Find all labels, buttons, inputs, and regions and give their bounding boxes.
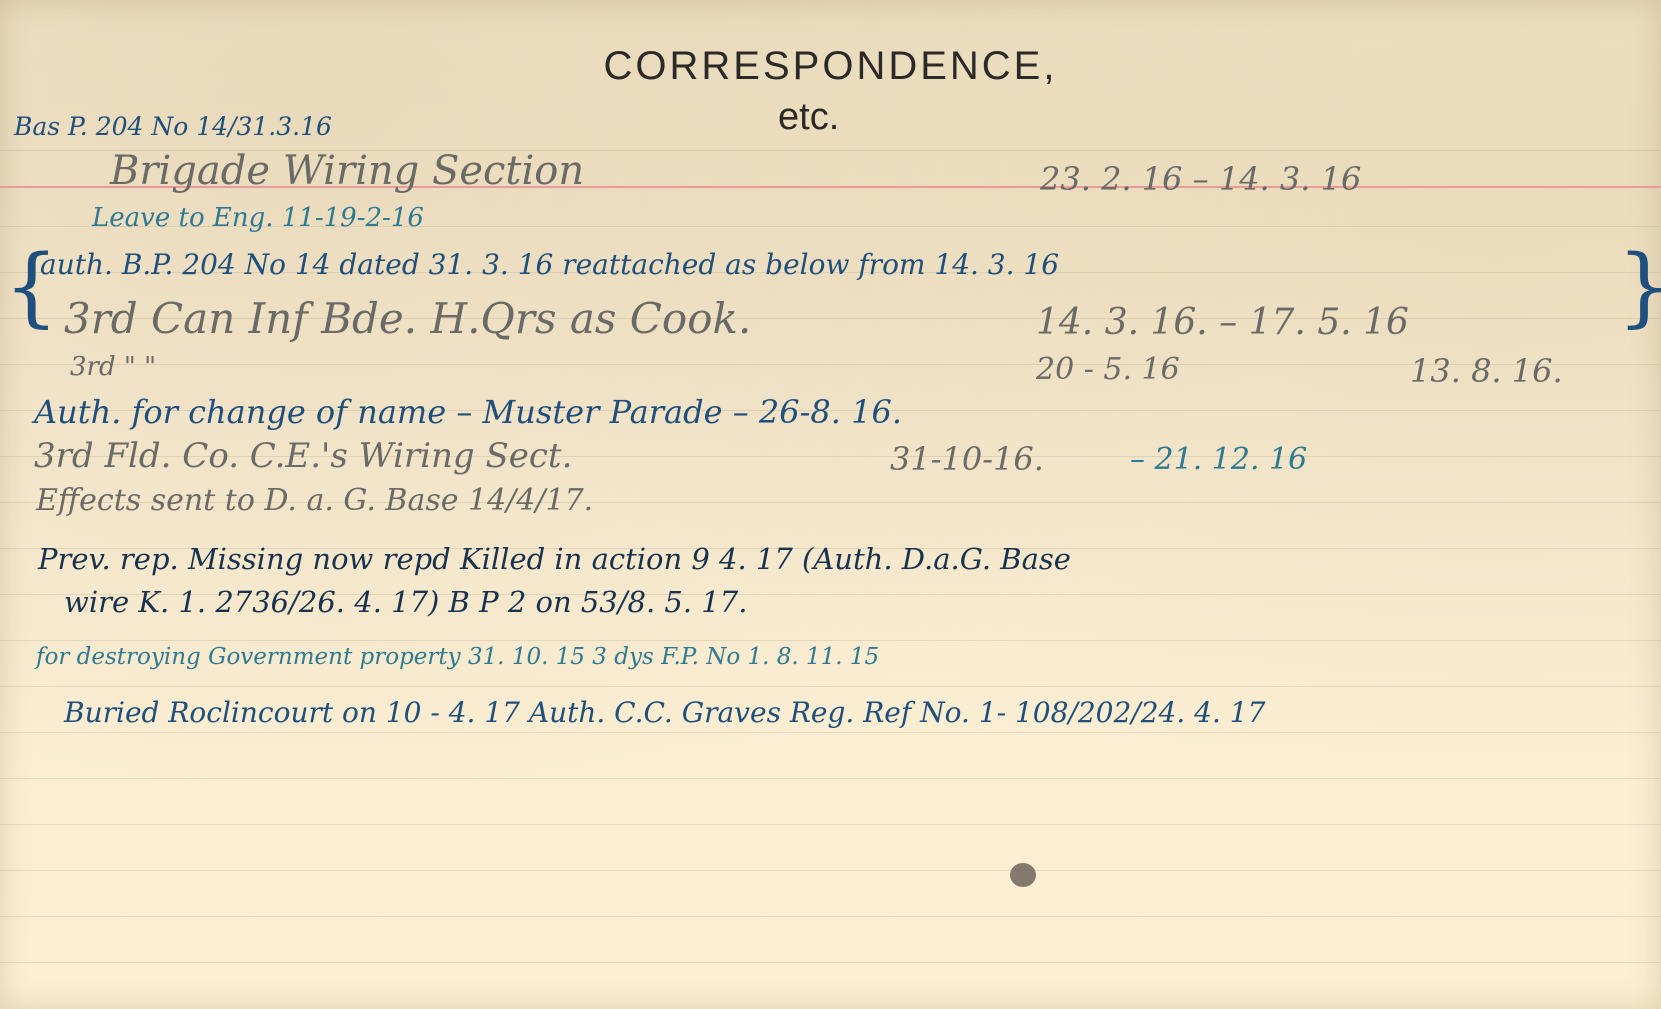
ruled-line bbox=[0, 962, 1661, 963]
auth-name-change: Auth. for change of name – Muster Parade… bbox=[34, 393, 902, 431]
ruled-line bbox=[0, 686, 1661, 687]
third-can-inf-bde: 3rd Can Inf Bde. H.Qrs as Cook. bbox=[64, 294, 751, 343]
brigade-wiring-dates: 23. 2. 16 – 14. 3. 16 bbox=[1040, 160, 1361, 198]
ruled-line bbox=[0, 916, 1661, 917]
destroying-property-entry: for destroying Government property 31. 1… bbox=[36, 644, 879, 670]
card-title: CORRESPONDENCE, bbox=[0, 44, 1661, 89]
punch-hole-mark bbox=[1010, 863, 1036, 887]
leave-entry: Leave to Eng. 11-19-2-16 bbox=[92, 203, 424, 233]
card-subtitle: etc. bbox=[778, 96, 839, 139]
field-company-end: – 21. 12. 16 bbox=[1130, 442, 1307, 477]
prev-reported-line-2: wire K. 1. 2736/26. 4. 17) B P 2 on 53/8… bbox=[64, 585, 747, 619]
third-can-inf-dates: 14. 3. 16. – 17. 5. 16 bbox=[1036, 302, 1409, 343]
buried-entry: Buried Roclincourt on 10 - 4. 17 Auth. C… bbox=[64, 696, 1265, 729]
field-company-start: 31-10-16. bbox=[890, 440, 1044, 478]
ditto-dates-start: 20 - 5. 16 bbox=[1036, 352, 1180, 387]
field-company-entry: 3rd Fld. Co. C.E.'s Wiring Sect. bbox=[34, 436, 572, 476]
ref-note: Bas P. 204 No 14/31.3.16 bbox=[14, 112, 332, 141]
ruled-line bbox=[0, 870, 1661, 871]
prev-reported-line-1: Prev. rep. Missing now repd Killed in ac… bbox=[38, 542, 1071, 576]
ruled-line bbox=[0, 824, 1661, 825]
ruled-line bbox=[0, 778, 1661, 779]
ditto-dates-end: 13. 8. 16. bbox=[1410, 352, 1563, 390]
ruled-line bbox=[0, 640, 1661, 641]
brigade-wiring-section: Brigade Wiring Section bbox=[110, 148, 584, 194]
auth-reattached: auth. B.P. 204 No 14 dated 31. 3. 16 rea… bbox=[40, 248, 1059, 281]
effects-entry: Effects sent to D. a. G. Base 14/4/17. bbox=[36, 483, 593, 518]
ditto-entry: 3rd " " bbox=[70, 352, 156, 382]
ruled-line bbox=[0, 732, 1661, 733]
record-card: CORRESPONDENCE, etc. Bas P. 204 No 14/31… bbox=[0, 0, 1661, 1009]
right-brace: } bbox=[1617, 244, 1661, 330]
